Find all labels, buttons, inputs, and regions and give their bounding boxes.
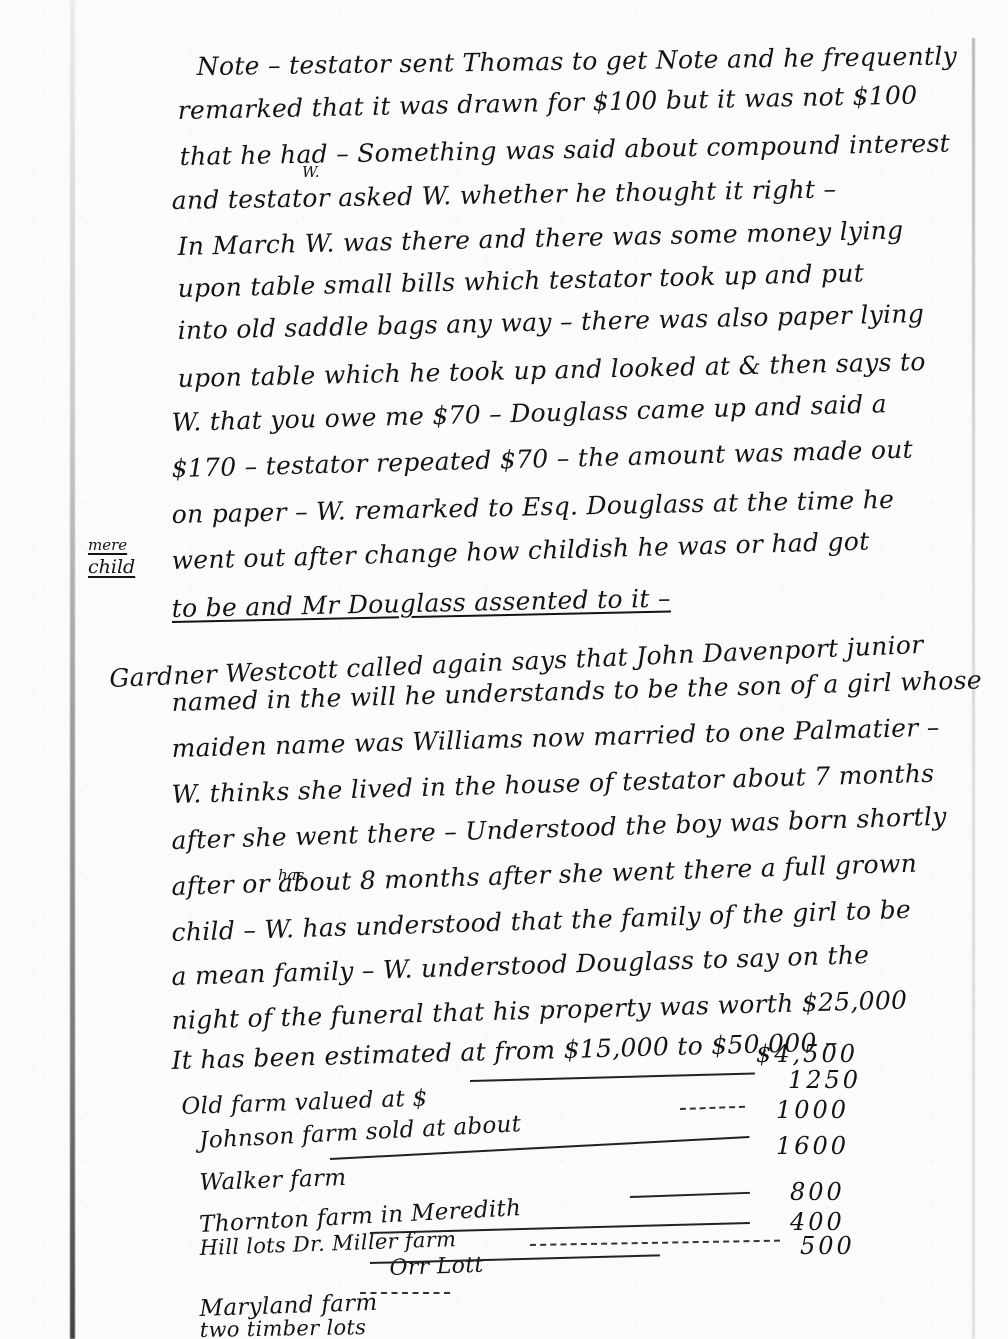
body-line-5: In March W. was there and there was some… — [177, 216, 903, 261]
testimony-line-4-text: W. thinks she lived in the house of test… — [171, 759, 935, 809]
property-item-8-label: two timber lots — [200, 1315, 367, 1339]
body-line-10: $170 – testator repeated $70 – the amoun… — [171, 435, 913, 483]
body-line-13-text: to be and Mr Douglass assented to it – — [171, 584, 671, 623]
property-item-1-leader — [470, 1073, 755, 1082]
testimony-line-8-text: a mean family – W. understood Douglass t… — [171, 940, 870, 991]
property-item-3-label: Walker farm — [199, 1165, 347, 1196]
testimony-line-10-text: It has been estimated at from $15,000 to… — [171, 1027, 838, 1075]
page-fold-left — [70, 0, 75, 1339]
testimony-line-4: W. thinks she lived in the house of test… — [171, 759, 935, 809]
body-line-1: Note – testator sent Thomas to get Note … — [197, 41, 958, 81]
interlinear-insertion-w: W. — [302, 163, 320, 181]
body-line-4-text: and testator asked W. whether he thought… — [171, 174, 836, 215]
property-item-2-amount: 1000 — [776, 1096, 849, 1124]
property-item-1-amount: 1250 — [788, 1066, 861, 1094]
body-line-5-text: In March W. was there and there was some… — [177, 216, 903, 261]
testimony-line-10: It has been estimated at from $15,000 to… — [171, 1027, 838, 1075]
body-line-10-text: $170 – testator repeated $70 – the amoun… — [171, 435, 913, 483]
body-line-7: into old saddle bags any way – there was… — [177, 299, 924, 345]
property-item-4-leader — [630, 1192, 750, 1198]
body-line-11: on paper – W. remarked to Esq. Douglass … — [171, 485, 894, 529]
testimony-line-3-text: maiden name was Williams now married to … — [171, 713, 940, 763]
body-line-8: upon table which he took up and looked a… — [177, 347, 926, 393]
property-item-3: Walker farm — [199, 1165, 347, 1196]
body-line-4: and testator asked W. whether he thought… — [171, 174, 836, 215]
testimony-line-3: maiden name was Williams now married to … — [171, 713, 940, 763]
body-line-2: remarked that it was drawn for $100 but … — [177, 81, 917, 125]
body-line-11-text: on paper – W. remarked to Esq. Douglass … — [171, 485, 894, 529]
body-line-1-text: Note – testator sent Thomas to get Note … — [197, 41, 958, 81]
testimony-line-5: after she went there – Understood the bo… — [171, 802, 947, 855]
body-line-6-text: upon table small bills which testator to… — [177, 258, 864, 303]
margin-note-child: child — [88, 556, 135, 578]
property-item-1: Old farm valued at $ — [181, 1085, 428, 1120]
body-line-12: went out after change how childish he wa… — [171, 527, 870, 575]
property-item-6-label: Orr Lott — [389, 1253, 484, 1281]
body-line-3: that he had – Something was said about c… — [179, 129, 950, 171]
property-item-8: two timber lots — [200, 1315, 367, 1339]
property-item-6: Orr Lott — [389, 1253, 484, 1281]
testimony-line-7: child – W. has understood that the famil… — [171, 895, 911, 947]
property-item-2-leader — [680, 1106, 745, 1110]
property-item-8-leader — [360, 1292, 450, 1294]
testimony-line-5-text: after she went there – Understood the bo… — [171, 802, 947, 855]
manuscript-page: Note – testator sent Thomas to get Note … — [0, 0, 1008, 1339]
testimony-line-7-text: child – W. has understood that the famil… — [171, 895, 911, 947]
body-line-6: upon table small bills which testator to… — [177, 258, 864, 303]
testimony-line-8: a mean family – W. understood Douglass t… — [171, 940, 870, 991]
property-item-6-leader — [530, 1240, 780, 1246]
body-line-2-text: remarked that it was drawn for $100 but … — [177, 81, 917, 125]
interlinear-insertion-has: has — [278, 866, 304, 884]
margin-note-mere: mere — [88, 536, 127, 554]
body-line-13: to be and Mr Douglass assented to it – — [171, 584, 671, 623]
property-item-3-amount: 1600 — [776, 1132, 849, 1160]
property-item-4-amount: 800 — [790, 1178, 845, 1206]
property-item-1-label: Old farm valued at $ — [181, 1085, 428, 1120]
body-line-9: W. that you owe me $70 – Douglass came u… — [171, 389, 887, 437]
body-line-8-text: upon table which he took up and looked a… — [177, 347, 926, 393]
body-line-7-text: into old saddle bags any way – there was… — [177, 299, 924, 345]
body-line-9-text: W. that you owe me $70 – Douglass came u… — [171, 389, 887, 437]
property-item-6-amount: 500 — [800, 1232, 855, 1260]
property-header-amount: $4,500 — [756, 1040, 858, 1068]
body-line-12-text: went out after change how childish he wa… — [171, 527, 870, 575]
body-line-3-text: that he had – Something was said about c… — [179, 129, 950, 171]
